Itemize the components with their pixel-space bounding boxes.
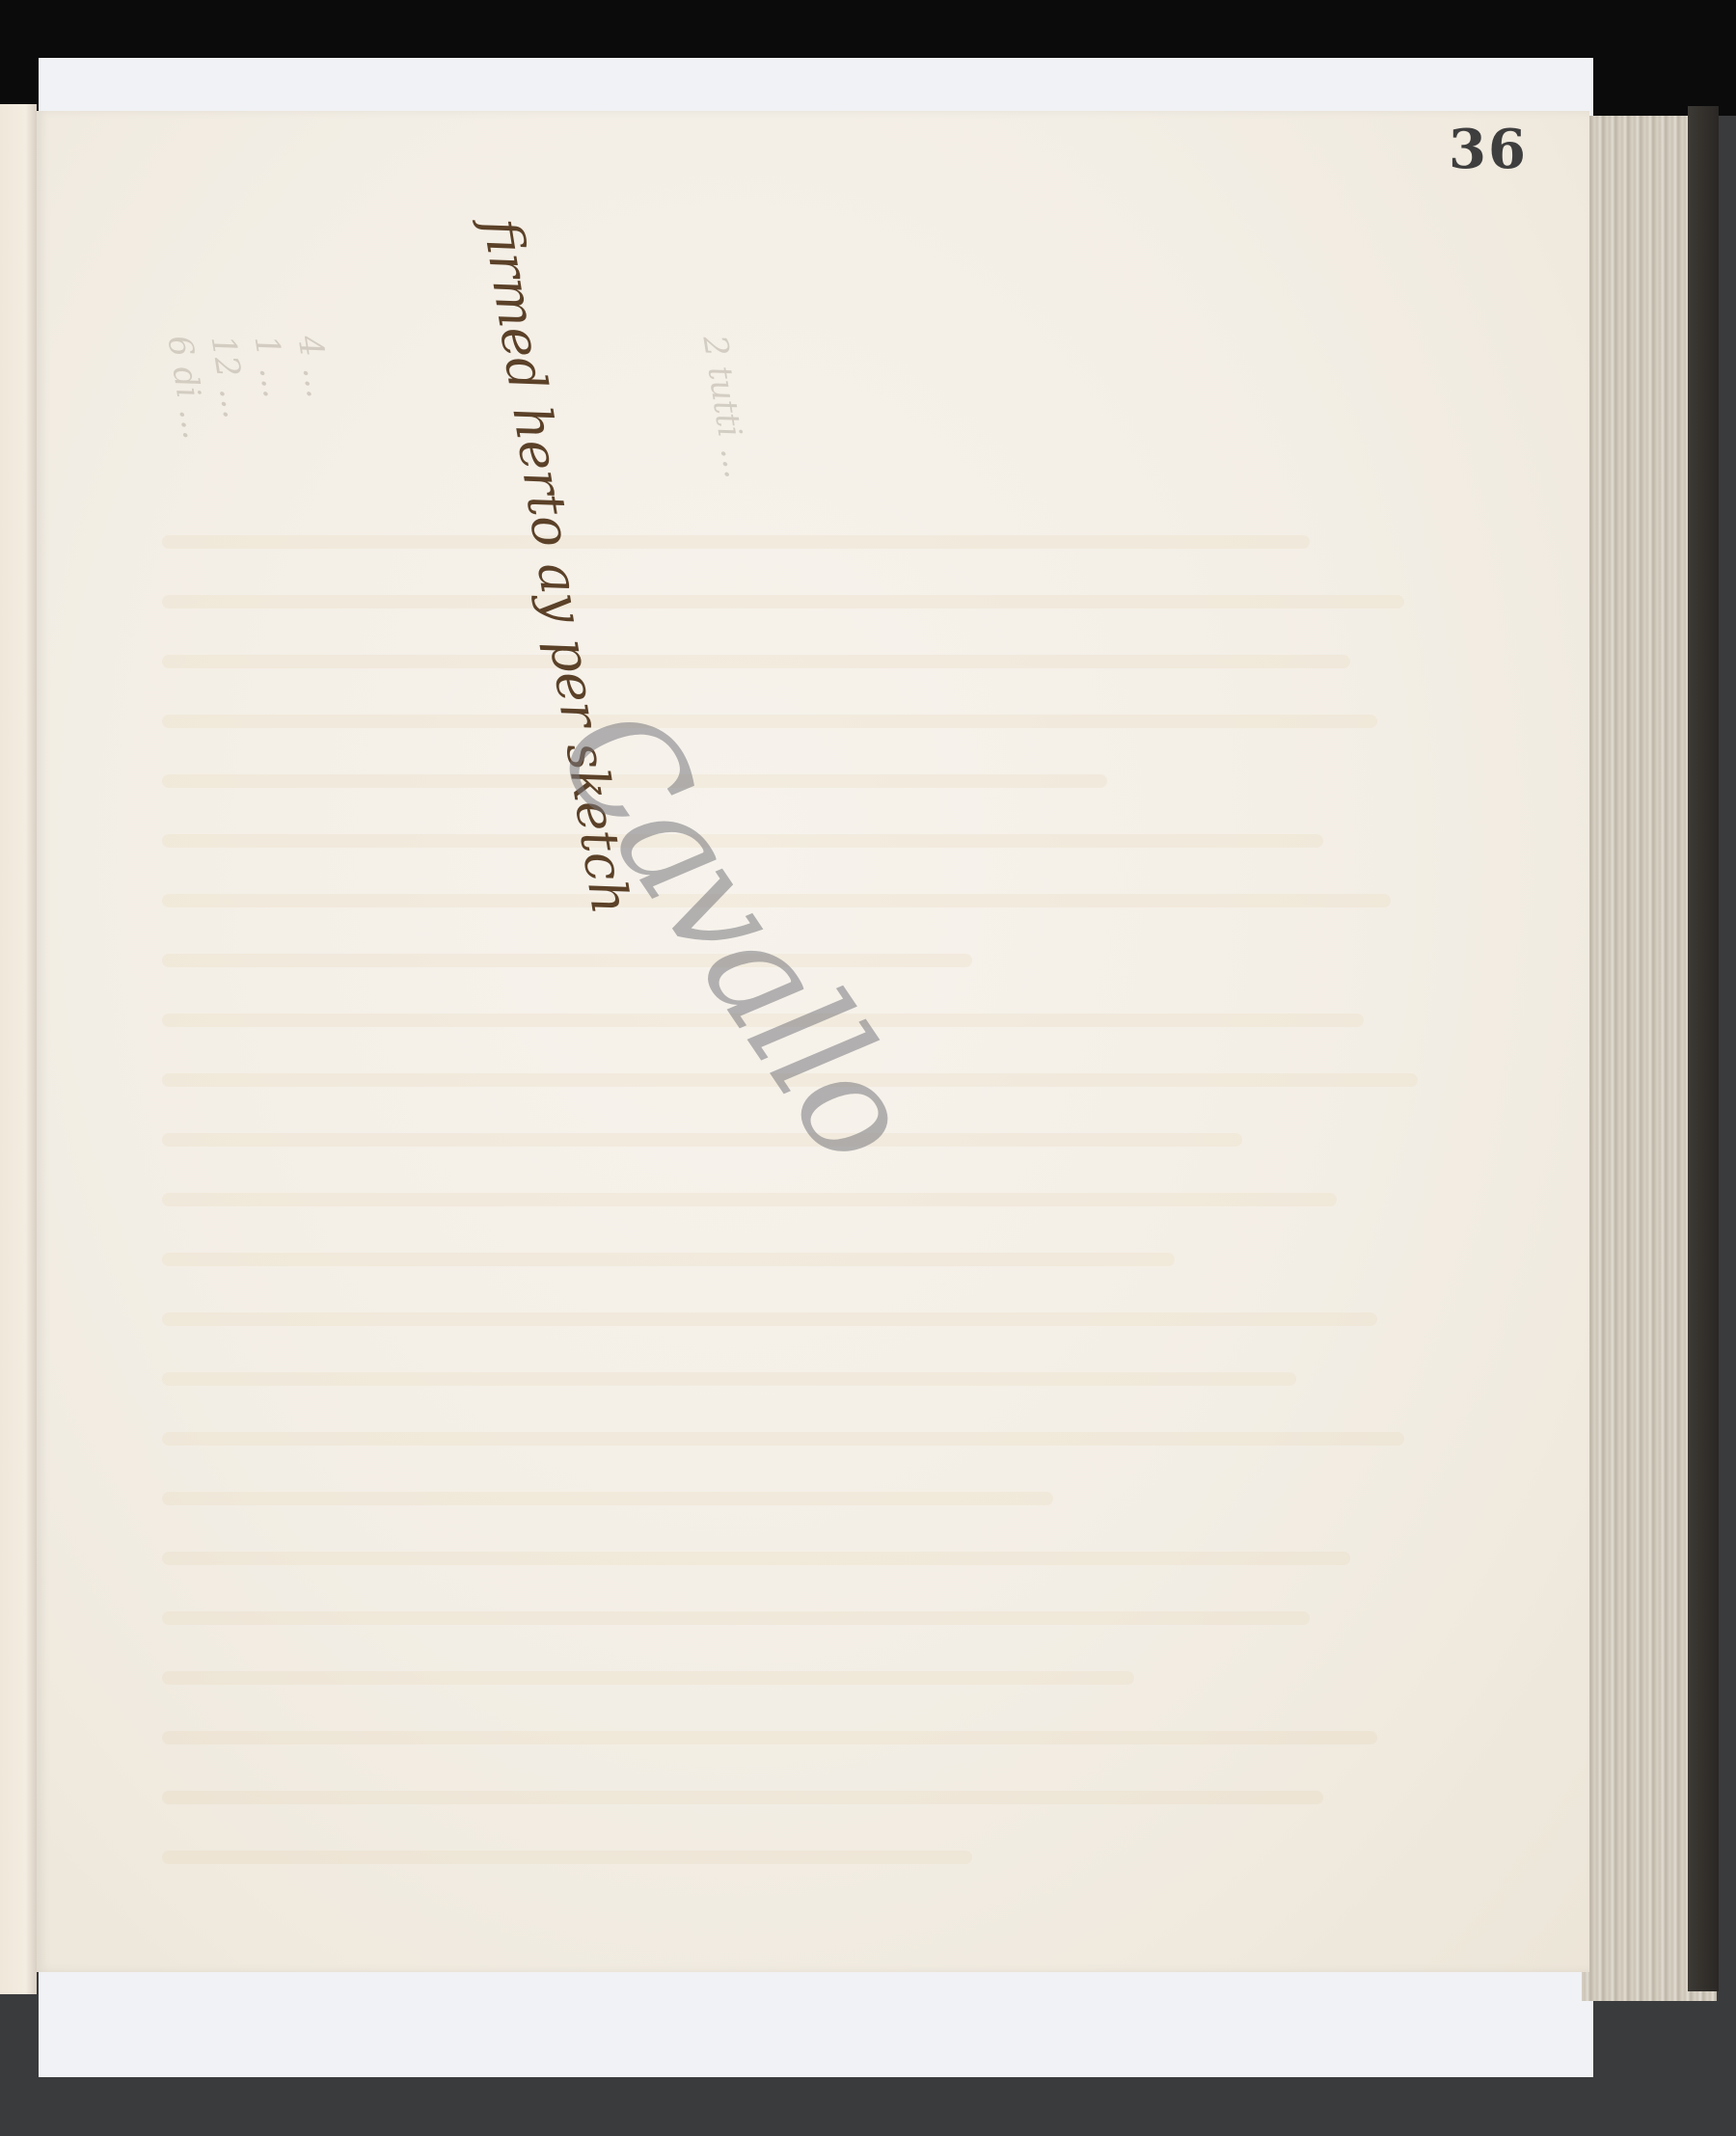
book-cover-edge — [1688, 106, 1719, 1991]
show-through-text — [162, 535, 1512, 1982]
folio-number: 36 — [1449, 118, 1528, 181]
facing-page-edge — [0, 104, 37, 1994]
